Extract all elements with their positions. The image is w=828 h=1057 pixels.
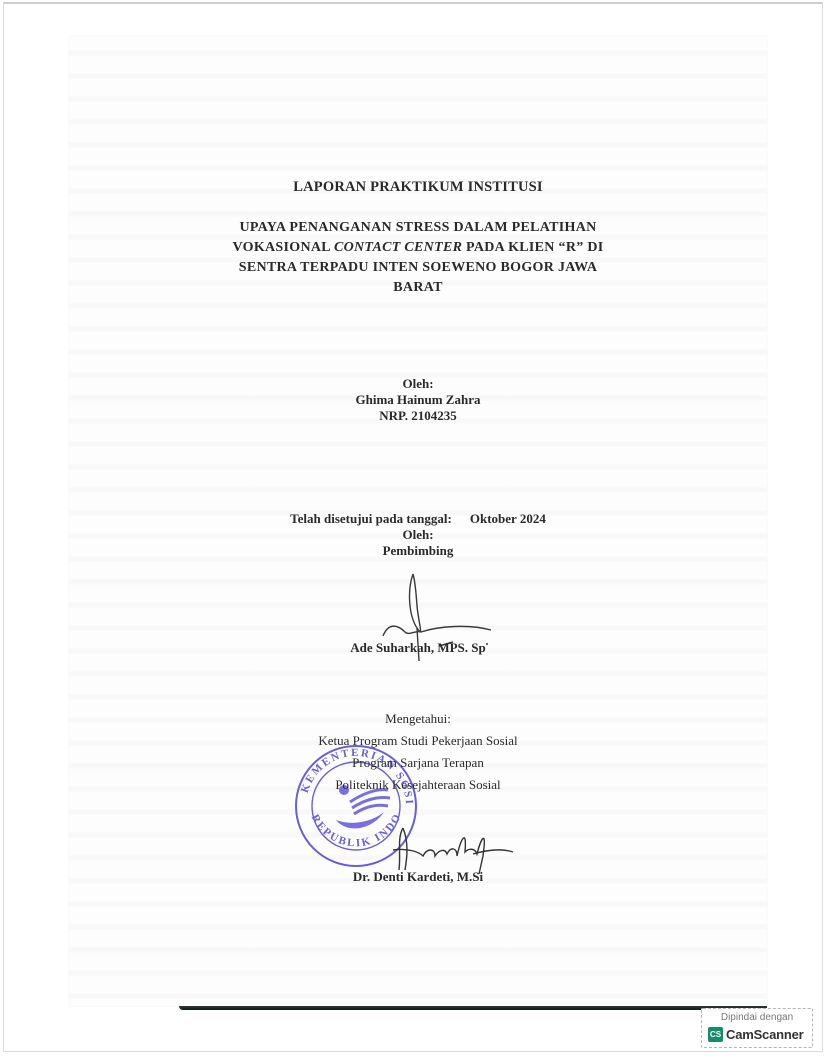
paper-edge-shadow [179,1006,767,1010]
watermark-brand: CamScanner [726,1027,803,1042]
camscanner-logo-icon: CS [708,1027,723,1042]
page-frame: LAPORAN PRAKTIKUM INSTITUSI UPAYA PENANG… [3,2,823,1052]
report-title: UPAYA PENANGANAN STRESS DALAM PELATIHAN … [69,218,767,298]
title-italic: CONTACT CENTER [334,240,462,255]
acknowledgement-label: Mengetahui: [69,708,767,730]
approval-block: Telah disetujui pada tanggal: Oktober 20… [69,511,767,559]
author-by-label: Oleh: [69,376,767,392]
supervisor-name: Ade Suharkah, MPS. Sp [69,640,767,656]
head-of-program-name: Dr. Denti Kardeti, M.Si [69,869,767,885]
author-name: Ghima Hainum Zahra [69,392,767,408]
approval-by-label: Oleh: [69,527,767,543]
acknowledgement-line-2: Program Sarjana Terapan [69,752,767,774]
acknowledgement-block: Mengetahui: Ketua Program Studi Pekerjaa… [69,708,767,796]
report-heading: LAPORAN PRAKTIKUM INSTITUSI [69,179,767,196]
author-nrp: NRP. 2104235 [69,408,767,424]
camscanner-watermark: Dipindai dengan CS CamScanner [701,1008,813,1048]
watermark-caption: Dipindai dengan [702,1012,812,1023]
acknowledgement-line-1: Ketua Program Studi Pekerjaan Sosial [69,730,767,752]
head-of-program-signature [379,808,519,878]
acknowledgement-line-3: Politeknik Kesejahteraan Sosial [69,774,767,796]
approval-date: Oktober 2024 [470,511,546,527]
author-block: Oleh: Ghima Hainum Zahra NRP. 2104235 [69,376,767,424]
approval-label: Telah disetujui pada tanggal: [290,511,452,527]
approval-role: Pembimbing [69,543,767,559]
scanned-paper: LAPORAN PRAKTIKUM INSTITUSI UPAYA PENANG… [69,36,767,1006]
